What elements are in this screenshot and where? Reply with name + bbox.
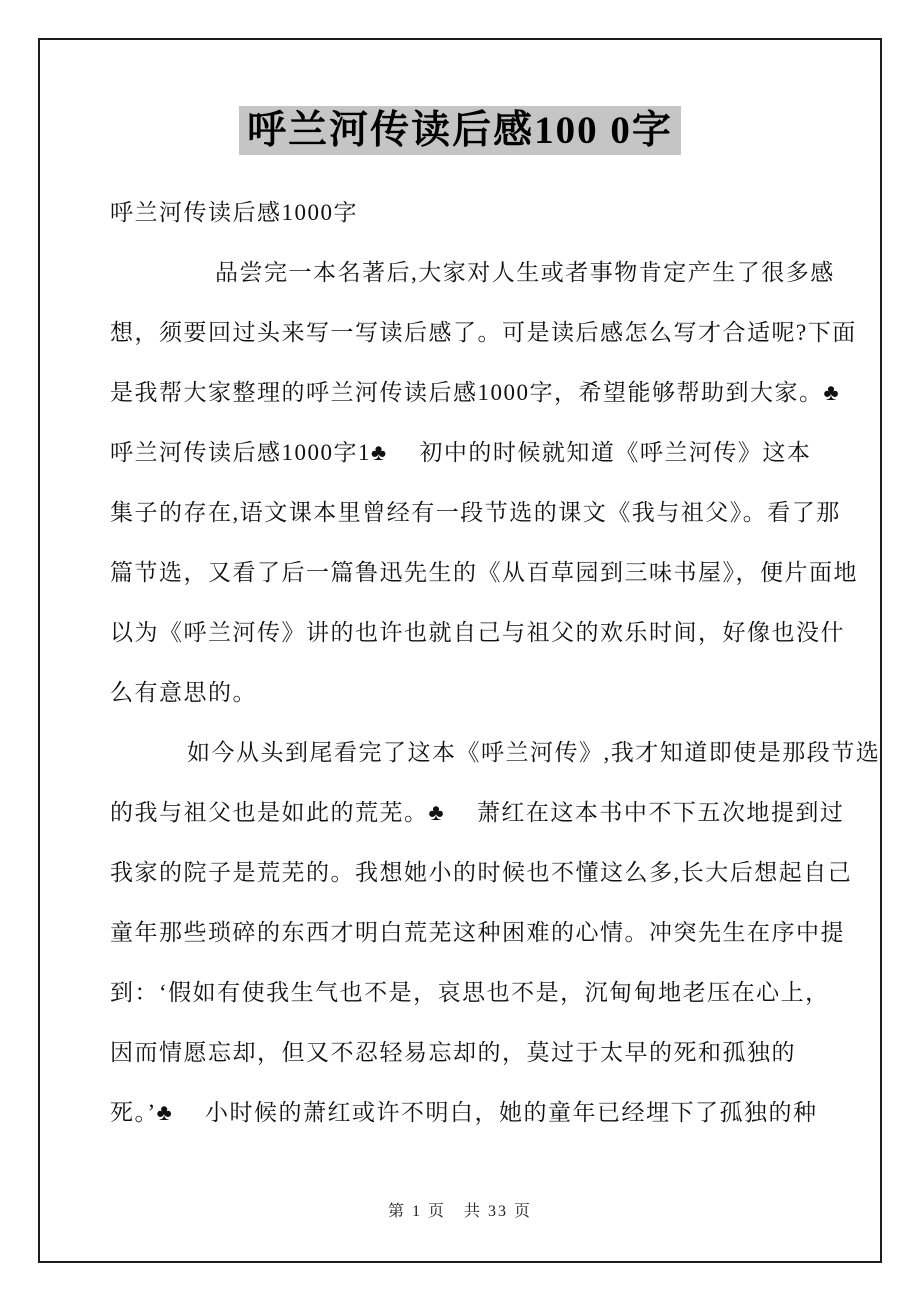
footer-page-number: 第 1 页 <box>388 1203 446 1220</box>
text-line: 集子的存在,语文课本里曾经有一段节选的课文《我与祖父》。看了那 <box>110 483 855 543</box>
text-line: 想，须要回过头来写一写读后感了。可是读后感怎么写才合适呢?下面 <box>110 303 855 363</box>
document-page: 呼兰河传读后感100 0字 呼兰河传读后感1000字品尝完一本名著后,大家对人生… <box>0 0 920 1302</box>
text-line: 是我帮大家整理的呼兰河传读后感1000字，希望能够帮助到大家。♣ <box>110 363 855 423</box>
text-line: 如今从头到尾看完了这本《呼兰河传》,我才知道即使是那段节选 <box>110 723 855 783</box>
text-line: 死。’♣ 小时候的萧红或许不明白，她的童年已经埋下了孤独的种 <box>110 1083 855 1143</box>
text-line: 么有意思的。 <box>110 663 855 723</box>
text-line: 以为《呼兰河传》讲的也许也就自己与祖父的欢乐时间，好像也没什 <box>110 603 855 663</box>
text-line: 的我与祖父也是如此的荒芜。♣ 萧红在这本书中不下五次地提到过 <box>110 783 855 843</box>
text-line: 童年那些琐碎的东西才明白荒芜这种困难的心情。冲突先生在序中提 <box>110 903 855 963</box>
title-row: 呼兰河传读后感100 0字 <box>0 106 920 155</box>
text-line: 品尝完一本名著后,大家对人生或者事物肯定产生了很多感 <box>110 243 855 303</box>
text-line: 我家的院子是荒芜的。我想她小的时候也不懂这么多,长大后想起自己 <box>110 843 855 903</box>
footer-total-pages: 共 33 页 <box>464 1203 532 1220</box>
document-title: 呼兰河传读后感100 0字 <box>239 106 681 155</box>
page-footer: 第 1 页共 33 页 <box>0 1198 920 1221</box>
document-body: 呼兰河传读后感1000字品尝完一本名著后,大家对人生或者事物肯定产生了很多感想，… <box>110 183 855 1143</box>
text-line: 因而情愿忘却，但又不忍轻易忘却的，莫过于太早的死和孤独的 <box>110 1023 855 1083</box>
text-line: 篇节选，又看了后一篇鲁迅先生的《从百草园到三味书屋》，便片面地 <box>110 543 855 603</box>
text-line: 到：‘假如有使我生气也不是，哀思也不是，沉甸甸地老压在心上， <box>110 963 855 1023</box>
text-line: 呼兰河传读后感1000字 <box>110 183 855 243</box>
text-line: 呼兰河传读后感1000字1♣ 初中的时候就知道《呼兰河传》这本 <box>110 423 855 483</box>
